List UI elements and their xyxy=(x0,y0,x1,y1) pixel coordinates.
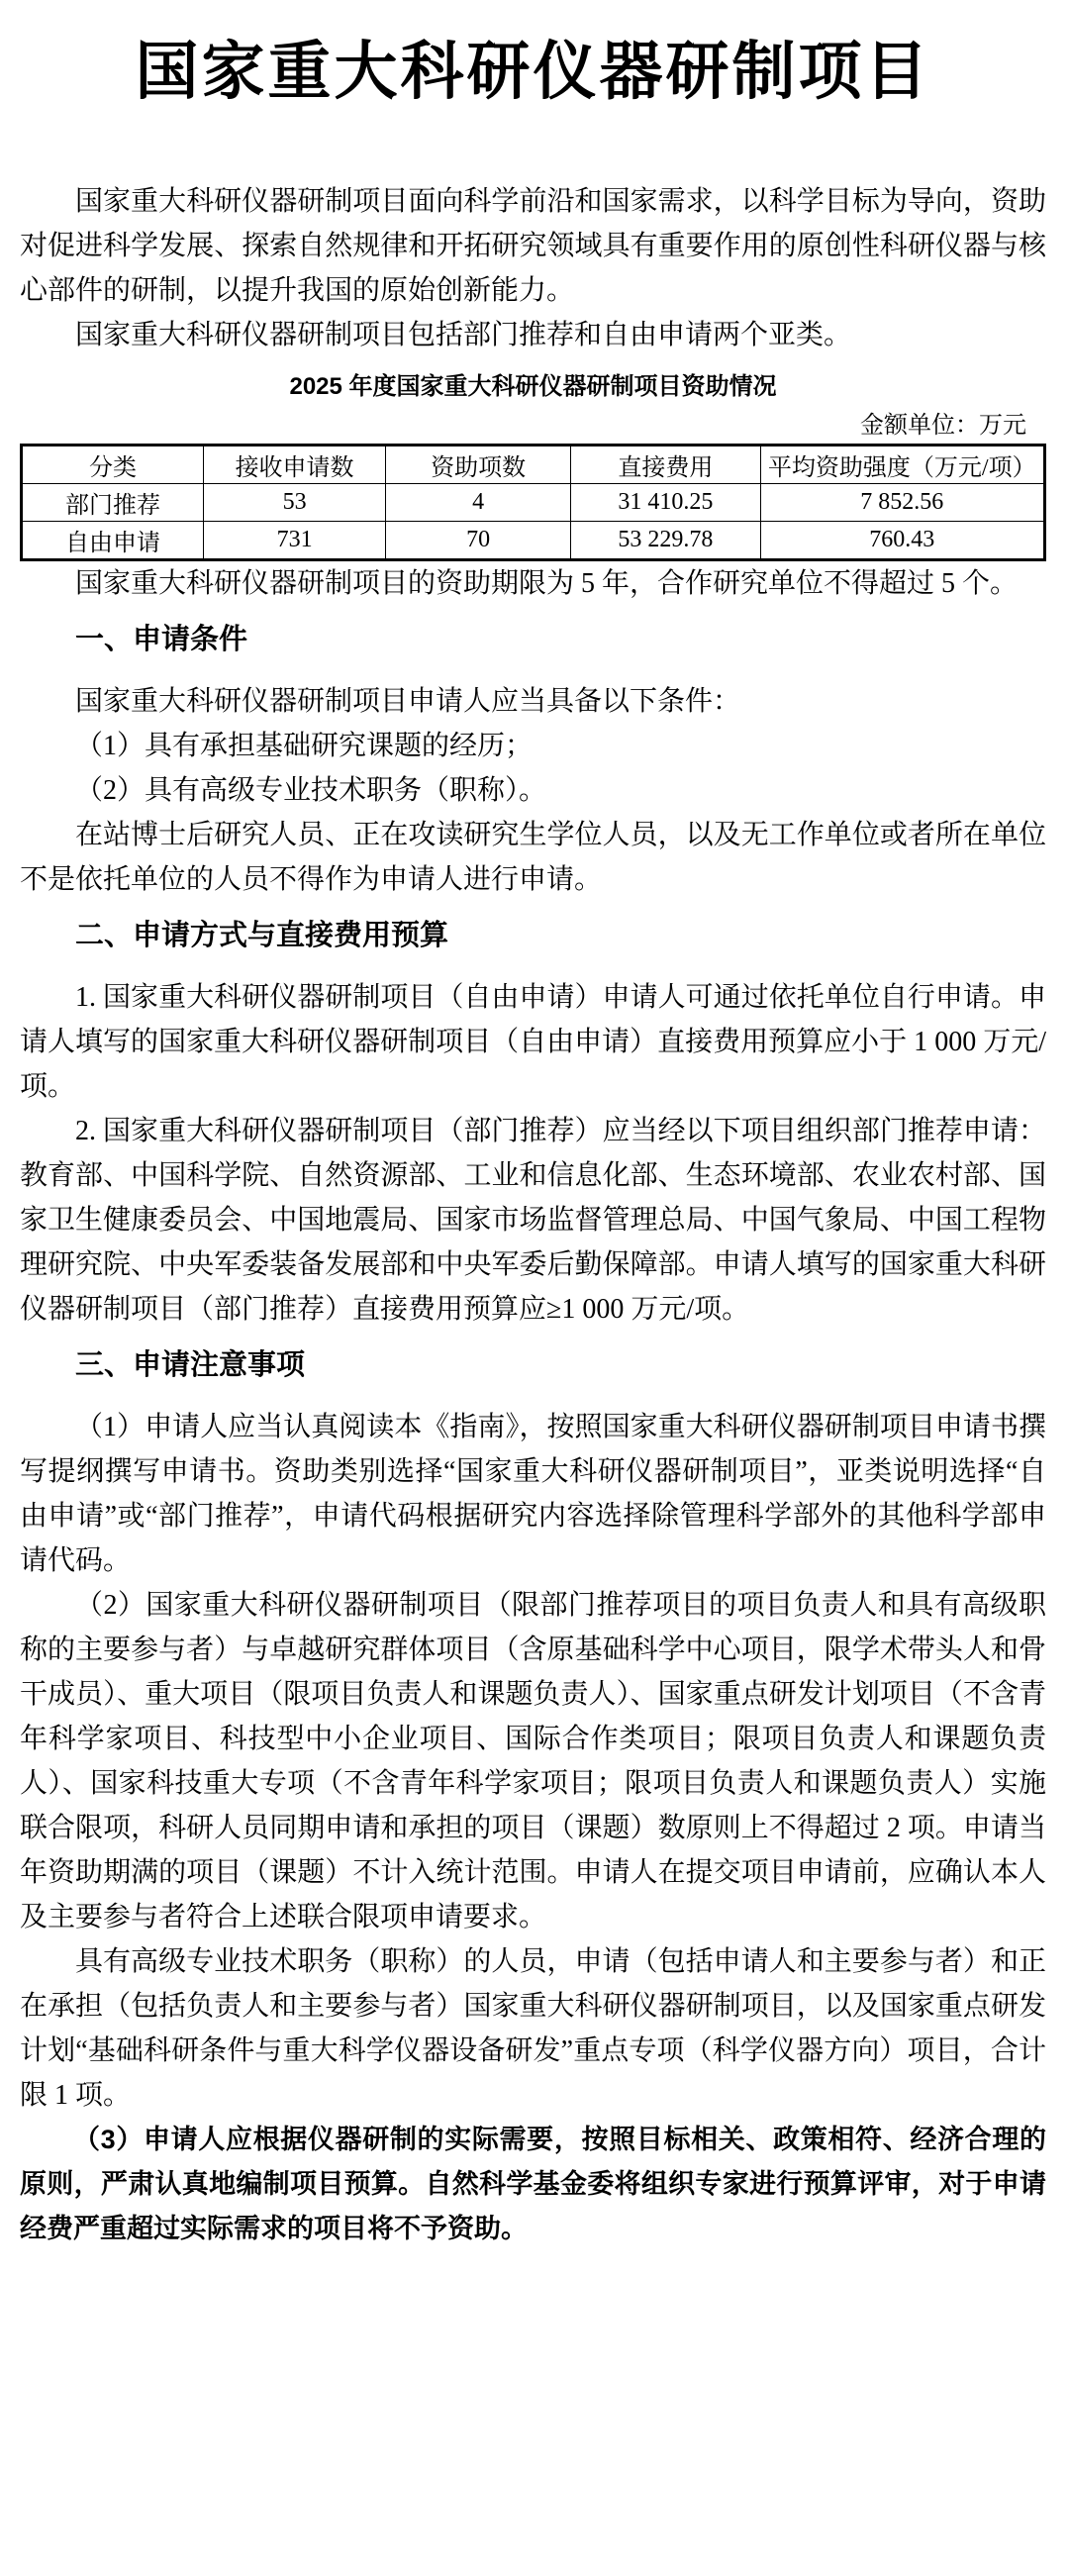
funding-period-paragraph: 国家重大科研仪器研制项目的资助期限为 5 年，合作研究单位不得超过 5 个。 xyxy=(20,561,1046,606)
table-header-direct-cost: 直接费用 xyxy=(571,446,760,484)
table-header-average-intensity: 平均资助强度（万元/项） xyxy=(760,446,1044,484)
funding-table: 分类 接收申请数 资助项数 直接费用 平均资助强度（万元/项） 部门推荐 53 … xyxy=(20,444,1046,561)
note-1-paragraph: （1）申请人应当认真阅读本《指南》，按照国家重大科研仪器研制项目申请书撰写提纲撰… xyxy=(20,1405,1046,1583)
table-row: 部门推荐 53 4 31 410.25 7 852.56 xyxy=(22,484,1045,522)
table-header-row: 分类 接收申请数 资助项数 直接费用 平均资助强度（万元/项） xyxy=(22,446,1045,484)
intro-paragraph-1: 国家重大科研仪器研制项目面向科学前沿和国家需求，以科学目标为导向，资助对促进科学… xyxy=(20,179,1046,313)
cell-average-intensity: 7 852.56 xyxy=(760,484,1044,522)
condition-item-1: （1）具有承担基础研究课题的经历； xyxy=(20,724,1046,768)
section-heading-application-notes: 三、申请注意事项 xyxy=(20,1343,1046,1387)
cell-direct-cost: 31 410.25 xyxy=(571,484,760,522)
table-header-funded-count: 资助项数 xyxy=(386,446,571,484)
cell-applications-received: 53 xyxy=(204,484,386,522)
document-title: 国家重大科研仪器研制项目 xyxy=(20,34,1046,111)
table-header-applications-received: 接收申请数 xyxy=(204,446,386,484)
table-row: 自由申请 731 70 53 229.78 760.43 xyxy=(22,522,1045,560)
note-3-budget-paragraph: （3）申请人应根据仪器研制的实际需要，按照目标相关、政策相符、经济合理的原则，严… xyxy=(20,2118,1046,2251)
cell-applications-received: 731 xyxy=(204,522,386,560)
section-heading-application-method-budget: 二、申请方式与直接费用预算 xyxy=(20,914,1046,957)
department-recommendation-paragraph: 2. 国家重大科研仪器研制项目（部门推荐）应当经以下项目组织部门推荐申请：教育部… xyxy=(20,1109,1046,1332)
cell-average-intensity: 760.43 xyxy=(760,522,1044,560)
intro-paragraph-2: 国家重大科研仪器研制项目包括部门推荐和自由申请两个亚类。 xyxy=(20,313,1046,357)
condition-item-2: （2）具有高级专业技术职务（职称）。 xyxy=(20,768,1046,813)
note-2-paragraph: （2）国家重大科研仪器研制项目（限部门推荐项目的项目负责人和具有高级职称的主要参… xyxy=(20,1583,1046,1939)
cell-funded-count: 70 xyxy=(386,522,571,560)
table-caption: 2025 年度国家重大科研仪器研制项目资助情况 xyxy=(20,371,1046,403)
table-header-category: 分类 xyxy=(22,446,204,484)
note-2-continued-paragraph: 具有高级专业技术职务（职称）的人员，申请（包括申请人和主要参与者）和正在承担（包… xyxy=(20,1939,1046,2118)
cell-direct-cost: 53 229.78 xyxy=(571,522,760,560)
conditions-intro-paragraph: 国家重大科研仪器研制项目申请人应当具备以下条件： xyxy=(20,679,1046,724)
section-heading-application-conditions: 一、申请条件 xyxy=(20,618,1046,661)
cell-category: 自由申请 xyxy=(22,522,204,560)
table-unit-note: 金额单位：万元 xyxy=(20,411,1026,441)
cell-category: 部门推荐 xyxy=(22,484,204,522)
conditions-restriction-paragraph: 在站博士后研究人员、正在攻读研究生学位人员，以及无工作单位或者所在单位不是依托单… xyxy=(20,813,1046,902)
free-application-paragraph: 1. 国家重大科研仪器研制项目（自由申请）申请人可通过依托单位自行申请。申请人填… xyxy=(20,975,1046,1109)
document-page: 国家重大科研仪器研制项目 国家重大科研仪器研制项目面向科学前沿和国家需求，以科学… xyxy=(0,0,1069,2576)
cell-funded-count: 4 xyxy=(386,484,571,522)
